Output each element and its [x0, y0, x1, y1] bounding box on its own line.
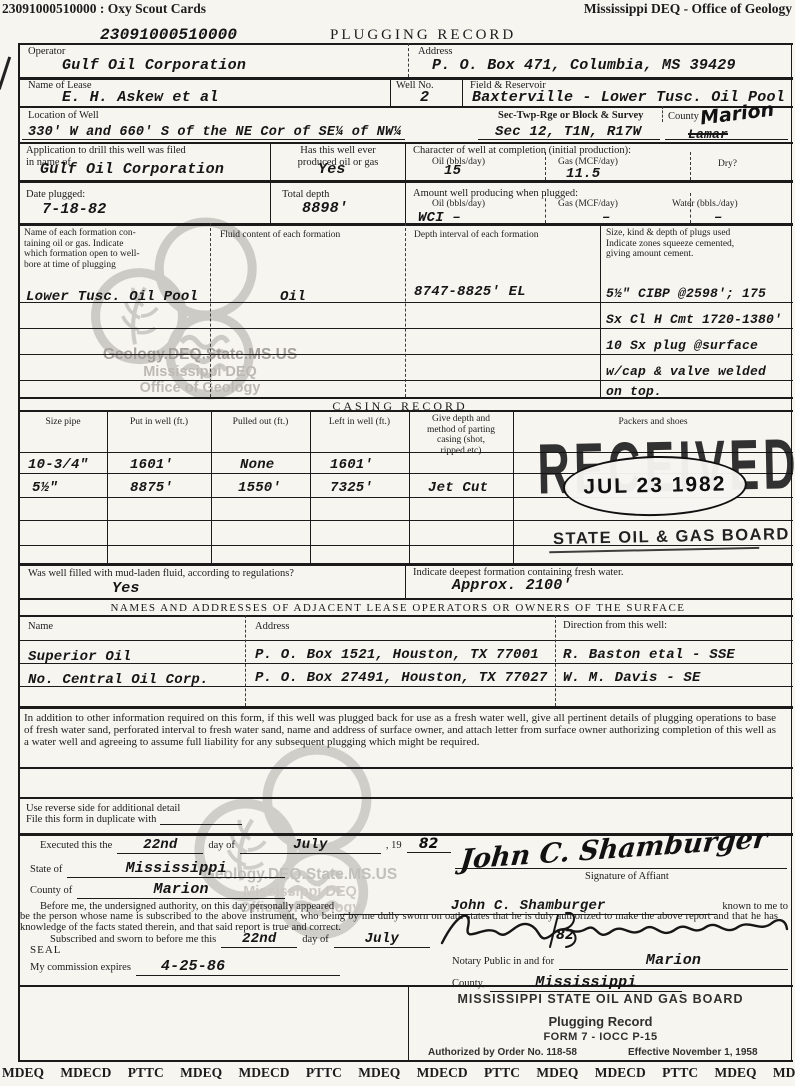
- executed-year: 82: [407, 836, 451, 853]
- casing-row-left: 1601': [330, 457, 373, 473]
- formation-interval-value: 8747-8825' EL: [414, 284, 526, 300]
- scan-artifact-slash: [0, 56, 11, 89]
- casing-h-size: Size pipe: [20, 417, 106, 428]
- application-value: Gulf Oil Corporation: [40, 161, 224, 178]
- rule: [18, 598, 793, 600]
- completion-dry-label: Dry?: [718, 159, 737, 170]
- casing-row-pulled: 1550': [238, 480, 281, 496]
- total-depth-label: Total depth: [282, 189, 329, 201]
- formation-col4-header: Size, kind & depth of plugs used Indicat…: [606, 228, 734, 260]
- adjacent-row-direction: R. Baston etal - SSE: [563, 647, 735, 663]
- rule: [18, 706, 793, 709]
- casing-row-size: 10-3/4": [28, 457, 88, 473]
- date-plugged-value: 7-18-82: [42, 201, 106, 218]
- received-stamp-date: JUL 23 1982: [583, 473, 727, 500]
- board-box-auth: Authorized by Order No. 118-58: [428, 1047, 577, 1058]
- rule: [18, 767, 793, 769]
- casing-row-left: 7325': [330, 480, 373, 496]
- divider: [270, 142, 271, 223]
- divider: [211, 410, 212, 563]
- reverse-side-line1: Use reverse side for additional detail: [26, 803, 180, 815]
- amount-oil-label: Oil (bbls/day): [432, 199, 485, 210]
- amount-oil-value: WCI –: [418, 210, 461, 226]
- state-of-value: Mississippi: [67, 860, 285, 878]
- commission-line: My commission expires 4-25-86: [30, 958, 340, 976]
- formation-fluid-value: Oil: [280, 289, 306, 305]
- divider: [405, 142, 406, 223]
- divider: [462, 77, 463, 106]
- watermark-url-text: Geology.DEQ.State.MS.US: [95, 346, 305, 364]
- divider: [405, 223, 406, 397]
- seal-label: SEAL: [30, 944, 62, 956]
- fresh-water-value: Approx. 2100': [452, 577, 572, 594]
- plug-detail-line: Sx Cl H Cmt 1720-1380': [606, 312, 782, 327]
- commission-value: 4-25-86: [136, 958, 340, 976]
- executed-day-of: day of: [208, 840, 235, 852]
- adjacent-section-title: NAMES AND ADDRESSES OF ADJACENT LEASE OP…: [18, 602, 778, 614]
- operator-label: Operator: [28, 46, 65, 58]
- plug-detail-line: w/cap & valve welded: [606, 364, 766, 379]
- casing-h-parting: Give depth and method of parting casing …: [411, 414, 511, 456]
- address-label: Address: [418, 46, 452, 58]
- divider: [405, 563, 406, 598]
- state-of-label: State of: [30, 864, 62, 876]
- completion-oil-value: 15: [444, 163, 461, 179]
- board-box-effective: Effective November 1, 1958: [628, 1047, 758, 1058]
- rule: [18, 615, 793, 617]
- location-value: 330' W and 660' S of the NE Cor of SE¼ o…: [28, 125, 402, 140]
- amount-water-label: Water (bbls./day): [672, 199, 738, 210]
- casing-row-size: 5½": [32, 480, 58, 496]
- divider: [210, 223, 211, 397]
- adjacent-row-direction: W. M. Davis - SE: [563, 670, 701, 686]
- notary-state-value: Mississippi: [490, 974, 682, 992]
- scan-header-left: 23091000510000 : Oxy Scout Cards: [2, 1, 206, 17]
- casing-h-pulled: Pulled out (ft.): [213, 417, 308, 428]
- watermark-geology-text: Office of Geology: [95, 380, 305, 396]
- rule: [18, 797, 793, 799]
- sec-twp-rge-label: Sec-Twp-Rge or Block & Survey: [498, 110, 643, 122]
- formation-col2-header: Fluid content of each formation: [220, 230, 340, 241]
- plug-detail-line: on top.: [606, 384, 662, 399]
- rule: [160, 824, 242, 825]
- divider: [409, 410, 410, 563]
- amount-water-value: –: [714, 210, 723, 226]
- mud-question-label: Was well filled with mud-laden fluid, ac…: [28, 568, 294, 580]
- adjacent-h-direction: Direction from this well:: [563, 620, 667, 632]
- received-stamp-org: STATE OIL & GAS BOARD: [553, 525, 790, 549]
- scan-header-right: Mississippi DEQ - Office of Geology: [584, 1, 792, 17]
- divider: [555, 615, 556, 706]
- address-value: P. O. Box 471, Columbia, MS 39429: [432, 57, 736, 74]
- form-number: 23091000510000: [100, 26, 237, 44]
- date-plugged-label: Date plugged:: [26, 189, 85, 201]
- footer-watermark-row: MDEQ MDECD PTTC MDEQ MDECD PTTC MDEQ MDE…: [2, 1065, 795, 1081]
- operator-value: Gulf Oil Corporation: [62, 57, 246, 74]
- casing-record-title: CASING RECORD: [300, 399, 500, 414]
- casing-row-pulled: None: [240, 457, 274, 473]
- rule: [18, 106, 793, 108]
- divider: [408, 43, 409, 77]
- subscribed-line: Subscribed and sworn to before me this 2…: [50, 931, 430, 948]
- adjacent-h-address: Address: [255, 621, 289, 633]
- casing-row-parting: Jet Cut: [428, 480, 488, 496]
- subscribed-label: Subscribed and sworn to before me this: [50, 934, 216, 946]
- county-label: County: [668, 111, 699, 123]
- state-of-line: State of Mississippi: [30, 860, 285, 878]
- executed-day: 22nd: [117, 837, 203, 854]
- fresh-water-note-paragraph: In addition to other information require…: [24, 712, 776, 748]
- divider: [390, 77, 391, 106]
- sec-twp-rge-value: Sec 12, T1N, R17W: [495, 124, 641, 140]
- mud-question-value: Yes: [112, 580, 140, 597]
- signature-caption: Signature of Affiant: [585, 871, 669, 883]
- casing-row-put: 1601': [130, 457, 173, 473]
- notary-county-line: County, Mississippi: [452, 974, 682, 992]
- formation-col1-header: Name of each formation con- taining oil …: [24, 228, 140, 270]
- subscribed-month: July: [334, 931, 430, 948]
- location-label: Location of Well: [28, 110, 99, 122]
- amount-gas-value: –: [602, 210, 611, 226]
- subscribed-day-of: day of: [302, 934, 329, 946]
- formation-name-value: Lower Tusc. Oil Pool: [26, 289, 198, 305]
- form-title: PLUGGING RECORD: [330, 27, 516, 44]
- notary-signature-scrawl: [438, 903, 790, 955]
- notary-public-label: Notary Public in and for: [452, 956, 554, 968]
- scanned-plugging-record-page: 23091000510000 : Oxy Scout Cards Mississ…: [0, 0, 795, 1086]
- divider: [600, 223, 601, 397]
- amount-gas-label: Gas (MCF/day): [558, 199, 618, 210]
- executed-month: July: [240, 837, 381, 854]
- plug-detail-line: 10 Sx plug @surface: [606, 338, 758, 353]
- executed-prefix: Executed this the: [40, 840, 112, 852]
- rule: [18, 640, 793, 641]
- casing-h-put: Put in well (ft.): [109, 417, 209, 428]
- completion-gas-value: 11.5: [566, 166, 600, 182]
- well-no-value: 2: [420, 89, 429, 106]
- county-of-label: County of: [30, 885, 72, 897]
- divider: [662, 106, 663, 122]
- form-right-border: [791, 43, 792, 1060]
- lease-value: E. H. Askew et al: [62, 89, 218, 106]
- adjacent-row-address: P. O. Box 1521, Houston, TX 77001: [255, 647, 539, 663]
- county-printed-value: Lamar: [688, 127, 728, 142]
- rule: [18, 1060, 793, 1062]
- adjacent-h-name: Name: [28, 621, 53, 633]
- casing-h-left: Left in well (ft.): [312, 417, 407, 428]
- produced-value: Yes: [318, 161, 346, 178]
- casing-row-put: 8875': [130, 480, 173, 496]
- executed-year-prefix: , 19: [386, 840, 402, 852]
- completion-label: Character of well at completion (initial…: [413, 145, 631, 157]
- board-box-form: FORM 7 - IOCC P-15: [408, 1031, 793, 1043]
- amount-label: Amount well producing when plugged:: [413, 188, 578, 200]
- county-of-value: Marion: [77, 881, 285, 899]
- total-depth-value: 8898': [302, 200, 348, 217]
- divider: [245, 615, 246, 706]
- county-of-line: County of Marion: [30, 881, 285, 899]
- commission-label: My commission expires: [30, 962, 131, 974]
- form-left-border: [18, 43, 20, 1060]
- reverse-side-line2: File this form in duplicate with: [26, 814, 156, 826]
- divider: [310, 410, 311, 563]
- adjacent-row-address: P. O. Box 27491, Houston, TX 77027: [255, 670, 547, 686]
- notary-county-label: County,: [452, 978, 485, 990]
- divider: [107, 410, 108, 563]
- watermark-deq-text: Mississippi DEQ: [95, 364, 305, 380]
- divider: [513, 410, 514, 563]
- formation-col3-header: Depth interval of each formation: [414, 230, 539, 241]
- divider: [690, 152, 691, 180]
- board-box-record: Plugging Record: [408, 1014, 793, 1029]
- plug-detail-line: 5½" CIBP @2598'; 175: [606, 286, 766, 301]
- received-stamp: RECEIVED JUL 23 1982 STATE OIL & GAS BOA…: [537, 422, 775, 559]
- board-box-title: MISSISSIPPI STATE OIL AND GAS BOARD: [408, 992, 793, 1006]
- subscribed-day: 22nd: [221, 931, 297, 948]
- rule: [18, 663, 793, 664]
- executed-line: Executed this the 22nd day of July , 19 …: [40, 836, 465, 854]
- adjacent-row-name: Superior Oil: [28, 649, 131, 665]
- adjacent-row-name: No. Central Oil Corp.: [28, 672, 209, 688]
